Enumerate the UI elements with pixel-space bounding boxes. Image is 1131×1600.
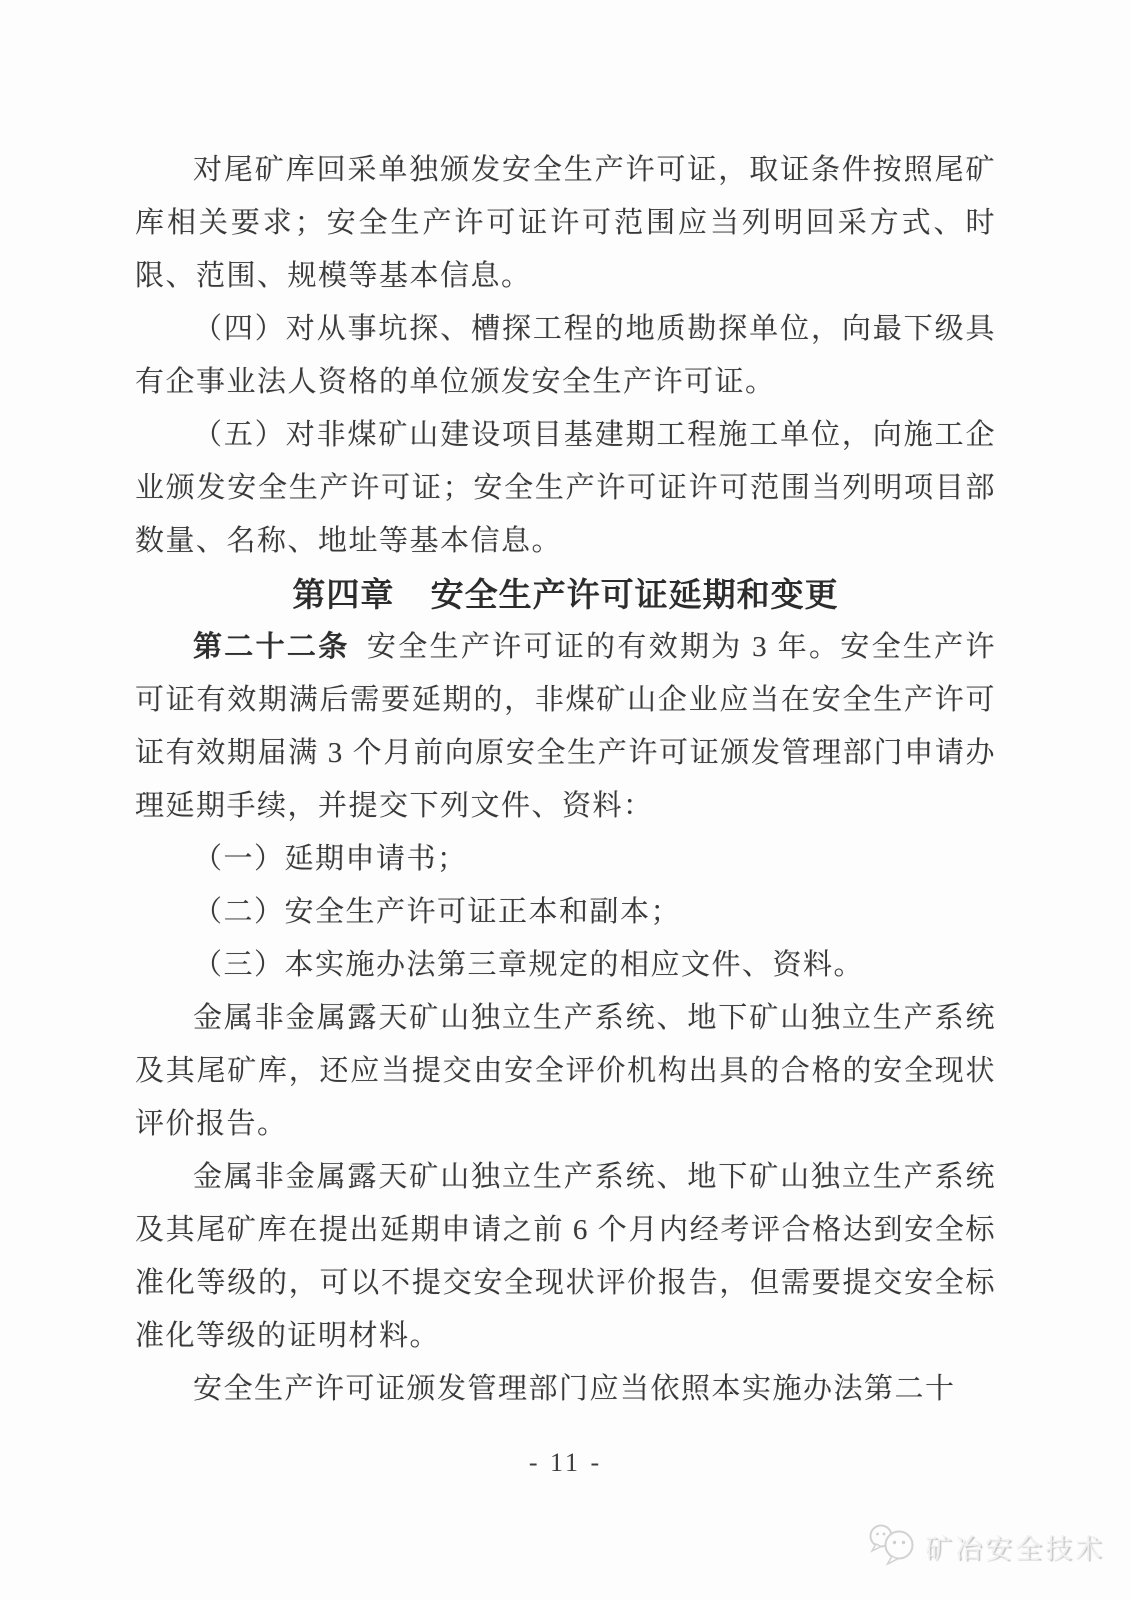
paragraph: （四）对从事坑探、槽探工程的地质勘探单位，向最下级具有企事业法人资格的单位颁发安… [135, 303, 996, 409]
paragraph-text: 金属非金属露天矿山独立生产系统、地下矿山独立生产系统及其尾矿库，还应当提交由安全… [135, 1002, 996, 1140]
paragraph-text: 金属非金属露天矿山独立生产系统、地下矿山独立生产系统及其尾矿库在提出延期申请之前… [135, 1161, 996, 1352]
chapter-number: 第四章 [292, 576, 394, 613]
paragraph-text: （五）对非煤矿山建设项目基建期工程施工单位，向施工企业颁发安全生产许可证；安全生… [135, 419, 996, 557]
chapter-heading: 第四章安全生产许可证延期和变更 [135, 568, 996, 621]
paragraph-text: （二）安全生产许可证正本和副本； [193, 896, 681, 928]
document-body: 对尾矿库回采单独颁发安全生产许可证，取证条件按照尾矿库相关要求；安全生产许可证许… [135, 144, 996, 1416]
chapter-title: 安全生产许可证延期和变更 [431, 576, 839, 613]
paragraph-text: （三）本实施办法第三章规定的相应文件、资料。 [193, 949, 864, 981]
paragraph: （二）安全生产许可证正本和副本； [135, 886, 996, 939]
paragraph: 对尾矿库回采单独颁发安全生产许可证，取证条件按照尾矿库相关要求；安全生产许可证许… [135, 144, 996, 303]
paragraph: 金属非金属露天矿山独立生产系统、地下矿山独立生产系统及其尾矿库，还应当提交由安全… [135, 992, 996, 1151]
watermark-text: 矿冶安全技术 [925, 1527, 1105, 1566]
paragraph: （三）本实施办法第三章规定的相应文件、资料。 [135, 939, 996, 992]
paragraph: （一）延期申请书； [135, 833, 996, 886]
article-number-lead: 第二十二条 [193, 631, 350, 663]
paragraph-text: （四）对从事坑探、槽探工程的地质勘探单位，向最下级具有企事业法人资格的单位颁发安… [135, 313, 996, 398]
paragraph: （五）对非煤矿山建设项目基建期工程施工单位，向施工企业颁发安全生产许可证；安全生… [135, 409, 996, 568]
paragraph-text: 安全生产许可证颁发管理部门应当依照本实施办法第二十 [193, 1373, 956, 1405]
paragraph: 安全生产许可证颁发管理部门应当依照本实施办法第二十 [135, 1363, 996, 1416]
paragraph-text: 对尾矿库回采单独颁发安全生产许可证，取证条件按照尾矿库相关要求；安全生产许可证许… [135, 154, 996, 292]
paragraph-text: （一）延期申请书； [193, 843, 468, 875]
page-number: - 11 - [0, 1448, 1131, 1478]
paragraph: 金属非金属露天矿山独立生产系统、地下矿山独立生产系统及其尾矿库在提出延期申请之前… [135, 1151, 996, 1363]
document-page: { "document": { "paragraphs_before_headi… [0, 0, 1131, 1600]
watermark: 矿冶安全技术 [867, 1522, 1105, 1570]
paragraph: 第二十二条安全生产许可证的有效期为 3 年。安全生产许可证有效期满后需要延期的，… [135, 621, 996, 833]
wechat-icon [867, 1522, 919, 1570]
